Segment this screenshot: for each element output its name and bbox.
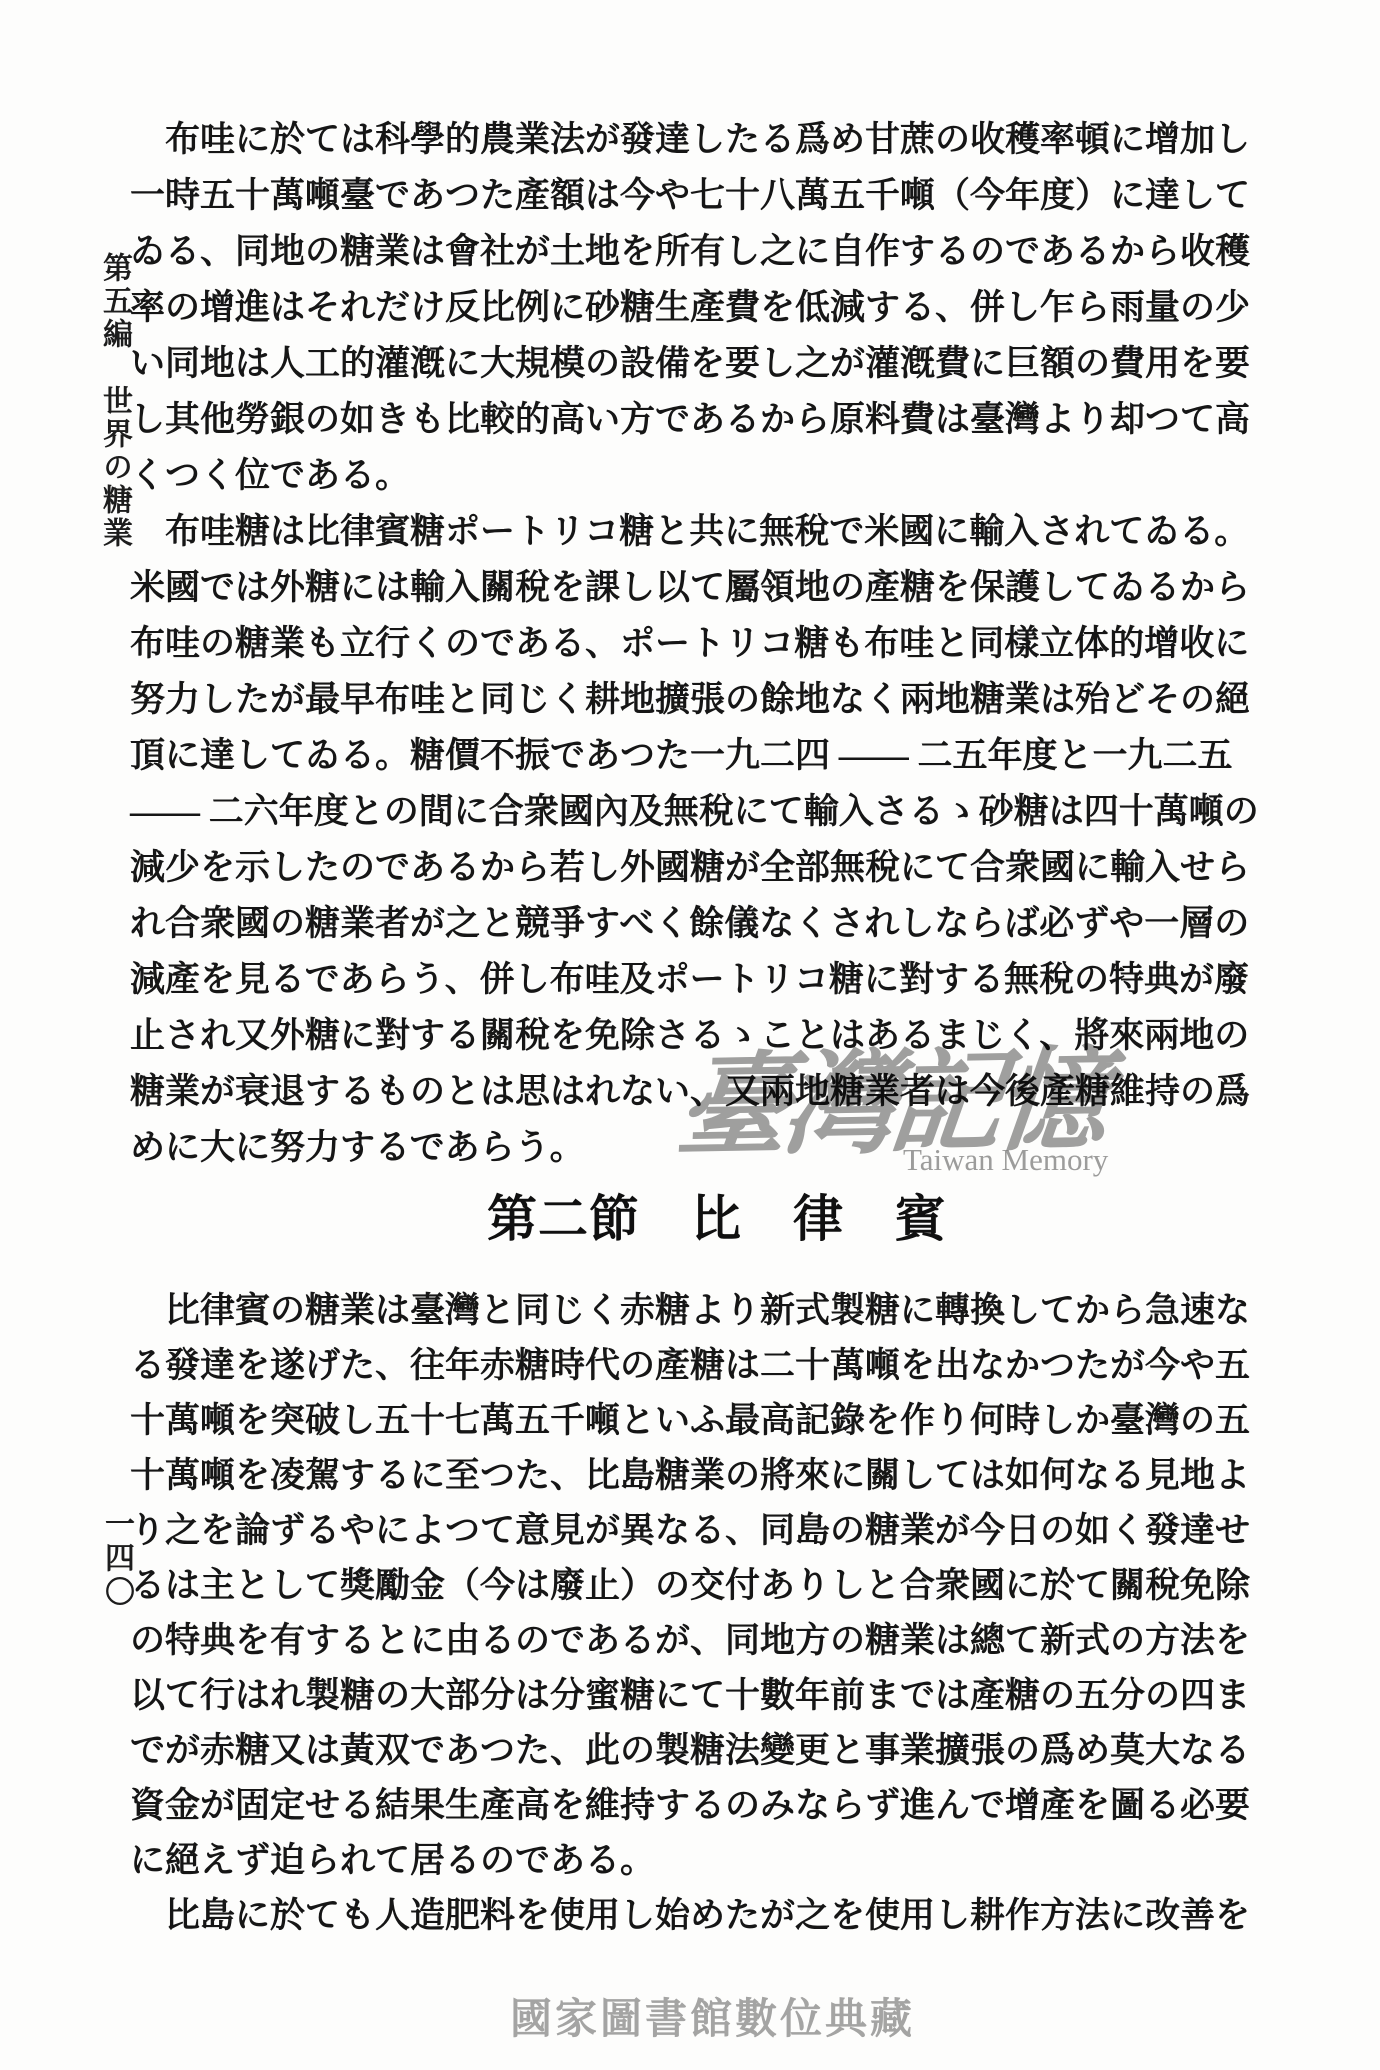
text-line: 米國では外糖には輸入關稅を課し以て屬領地の產糖を保護してゐるから (130, 560, 1260, 616)
text-line: 頂に達してゐる。糖價不振であつた一九二四 ―― 二五年度と一九二五 (130, 728, 1260, 784)
text-line: でが赤糖又は黃双であつた、此の製糖法變更と事業擴張の爲め莫大なる (130, 1723, 1260, 1778)
text-line: るは主として獎勵金（今は廢止）の交付ありしと合衆國に於て關稅免除 (130, 1558, 1260, 1613)
section-heading: 第二節 比 律 賓 (487, 1189, 946, 1249)
chapter-title-label: 世界の糖業 (98, 385, 131, 550)
text-line: くつく位である。 (130, 448, 1260, 504)
text-line: し其他勞銀の如きも比較的高い方であるから原料費は臺灣より却つて高 (130, 392, 1260, 448)
paragraph-1: 布哇に於ては科學的農業法が發達したる爲め甘蔗の收穫率頓に增加し 一時五十萬噸臺で… (130, 112, 1260, 504)
text-line: 減少を示したのであるから若し外國糖が全部無稅にて合衆國に輸入せら (130, 840, 1260, 896)
text-line: 布哇に於ては科學的農業法が發達したる爲め甘蔗の收穫率頓に增加し (130, 112, 1260, 168)
text-line: 比律賓の糖業は臺灣と同じく赤糖より新式製糖に轉換してから急速な (130, 1283, 1260, 1338)
chapter-volume-label: 第五編 (98, 252, 131, 351)
taiwan-memory-watermark-latin: Taiwan Memory (903, 1143, 1108, 1177)
paragraph-4: 比島に於ても人造肥料を使用し始めたが之を使用し耕作方法に改善を (130, 1888, 1260, 1943)
paragraph-3: 比律賓の糖業は臺灣と同じく赤糖より新式製糖に轉換してから急速な る發達を遂げた、… (130, 1283, 1260, 1888)
text-line: り之を論ずるやによつて意見が異なる、同島の糖業が今日の如く發達せ (130, 1503, 1260, 1558)
text-line: る發達を遂げた、往年赤糖時代の產糖は二十萬噸を出なかつたが今や五 (130, 1338, 1260, 1393)
text-line: 十萬噸を凌駕するに至つた、比島糖業の將來に關しては如何なる見地よ (130, 1448, 1260, 1503)
text-line: 十萬噸を突破し五十七萬五千噸といふ最高記錄を作り何時しか臺灣の五 (130, 1393, 1260, 1448)
text-line: ―― 二六年度との間に合衆國內及無稅にて輸入さるゝ砂糖は四十萬噸の (130, 784, 1260, 840)
scanned-book-page: 第五編世界の糖業 一四〇 布哇に於ては科學的農業法が發達したる爲め甘蔗の收穫率頓… (0, 0, 1380, 2070)
text-line: 減產を見るであらう、併し布哇及ポートリコ糖に對する無稅の特典が廢 (130, 952, 1260, 1008)
text-line: に絕えず迫られて居るのである。 (130, 1833, 1260, 1888)
text-line: 以て行はれ製糖の大部分は分蜜糖にて十數年前までは產糖の五分の四ま (130, 1668, 1260, 1723)
text-line: 一時五十萬噸臺であつた產額は今や七十八萬五千噸（今年度）に達して (130, 168, 1260, 224)
text-line: 率の增進はそれだけ反比例に砂糖生產費を低減する、併し乍ら雨量の少 (130, 280, 1260, 336)
text-line: 資金が固定せる結果生產高を維持するのみならず進んで增產を圖る必要 (130, 1778, 1260, 1833)
library-footer-watermark: 國家圖書館數位典藏 (510, 1996, 915, 2044)
text-line: 比島に於ても人造肥料を使用し始めたが之を使用し耕作方法に改善を (130, 1888, 1260, 1943)
text-line: の特典を有するとに由るのであるが、同地方の糖業は總て新式の方法を (130, 1613, 1260, 1668)
text-line: 布哇の糖業も立行くのである、ポートリコ糖も布哇と同樣立体的增收に (130, 616, 1260, 672)
text-line: ゐる、同地の糖業は會社が土地を所有し之に自作するのであるから收穫 (130, 224, 1260, 280)
text-line: い同地は人工的灌漑に大規模の設備を要し之が灌漑費に巨額の費用を要 (130, 336, 1260, 392)
text-line: 布哇糖は比律賓糖ポートリコ糖と共に無稅で米國に輸入されてゐる。 (130, 504, 1260, 560)
text-line: 努力したが最早布哇と同じく耕地擴張の餘地なく兩地糖業は殆どその絕 (130, 672, 1260, 728)
text-line: れ合衆國の糖業者が之と競爭すべく餘儀なくされしならば必ずや一層の (130, 896, 1260, 952)
